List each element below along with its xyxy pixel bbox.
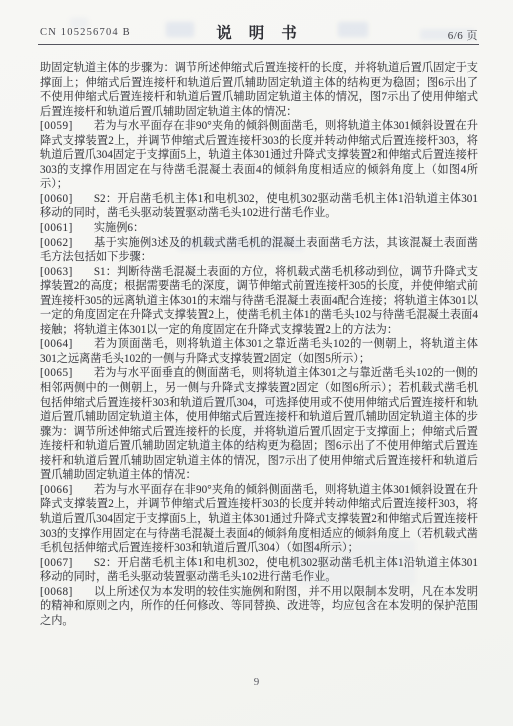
- paragraph-number: [0059]: [40, 120, 73, 132]
- sheet-page-indicator: 6/6 页: [448, 27, 478, 43]
- paragraph: [0060]S2：开启凿毛机主体1和电机302，使电机302驱动凿毛机主体1沿轨…: [40, 192, 478, 221]
- paragraph-text: S2：开启凿毛机主体1和电机302，使电机302驱动凿毛机主体1沿轨道主体301…: [40, 557, 478, 584]
- paragraph: [0065]若为与水平面垂直的侧面凿毛，则将轨道主体301之与靠近凿毛头102的…: [40, 366, 478, 482]
- paragraph-text: S1：判断待凿毛混凝土表面的方位，将机载式凿毛机移动到位，调节升降式支撑装置2的…: [40, 266, 478, 336]
- paragraph: [0067]S2：开启凿毛机主体1和电机302，使电机302驱动凿毛机主体1沿轨…: [40, 556, 478, 585]
- paragraph-number: [0061]: [40, 222, 73, 234]
- body-text: 助固定轨道主体的步骤为：调节所述伸缩式后置连接杆的长度，并将轨道后置爪固定于支撑…: [40, 61, 478, 628]
- paragraph-number: [0064]: [40, 338, 73, 350]
- paragraph: [0063]S1：判断待凿毛混凝土表面的方位，将机载式凿毛机移动到位，调节升降式…: [40, 265, 478, 338]
- paragraph: 助固定轨道主体的步骤为：调节所述伸缩式后置连接杆的长度，并将轨道后置爪固定于支撑…: [40, 61, 478, 119]
- page-title: 说明书: [0, 21, 513, 43]
- paragraph-number: [0065]: [40, 367, 73, 379]
- patent-specification-page: CN 105256704 B 说明书 6/6 页 助固定轨道主体的步骤为：调节所…: [0, 0, 513, 726]
- paragraph-text: 实施例6：: [94, 222, 144, 234]
- paragraph-text: 若为与水平面存在非90°夹角的倾斜侧面凿毛，则将轨道主体301倾斜设置在升降式支…: [40, 120, 478, 190]
- paragraph-number: [0062]: [40, 237, 73, 249]
- paragraph: [0064]若为顶面凿毛，则将轨道主体301之靠近凿毛头102的一侧朝上，将轨道…: [40, 337, 478, 366]
- paragraph: [0062]基于实施例3述及的机载式凿毛机的混凝土表面凿毛方法，其该混凝土表面凿…: [40, 236, 478, 265]
- paragraph-text: 若为与水平面存在非90°夹角的倾斜侧面凿毛，则将轨道主体301倾斜设置在升降式支…: [40, 484, 478, 554]
- paragraph-number: [0068]: [40, 586, 73, 598]
- paragraph: [0061]实施例6：: [40, 221, 478, 236]
- paragraph-text: S2：开启凿毛机主体1和电机302，使电机302驱动凿毛机主体1沿轨道主体301…: [40, 193, 478, 220]
- paragraph-number: [0060]: [40, 193, 73, 205]
- paragraph-text: 若为顶面凿毛，则将轨道主体301之靠近凿毛头102的一侧朝上，将轨道主体301之…: [40, 338, 478, 365]
- paragraph: [0059]若为与水平面存在非90°夹角的倾斜侧面凿毛，则将轨道主体301倾斜设…: [40, 119, 478, 192]
- paragraph-text: 若为与水平面垂直的侧面凿毛，则将轨道主体301之与靠近凿毛头102的一侧的相邻两…: [40, 367, 478, 481]
- paragraph-number: [0063]: [40, 266, 73, 278]
- paragraph: [0068]以上所述仅为本发明的较佳实施例和附图，并不用以限制本发明，凡在本发明…: [40, 585, 478, 629]
- paragraph-text: 以上所述仅为本发明的较佳实施例和附图，并不用以限制本发明，凡在本发明的精神和原则…: [40, 586, 478, 627]
- paragraph: [0066]若为与水平面存在非90°夹角的倾斜侧面凿毛，则将轨道主体301倾斜设…: [40, 483, 478, 556]
- paragraph-text: 基于实施例3述及的机载式凿毛机的混凝土表面凿毛方法，其该混凝土表面凿毛方法包括如…: [40, 237, 478, 264]
- paragraph-number: [0066]: [40, 484, 73, 496]
- header-divider: [38, 44, 479, 45]
- paragraph-number: [0067]: [40, 557, 73, 569]
- footer-page-number: 9: [0, 676, 513, 688]
- paragraph-text: 助固定轨道主体的步骤为：调节所述伸缩式后置连接杆的长度，并将轨道后置爪固定于支撑…: [40, 62, 478, 118]
